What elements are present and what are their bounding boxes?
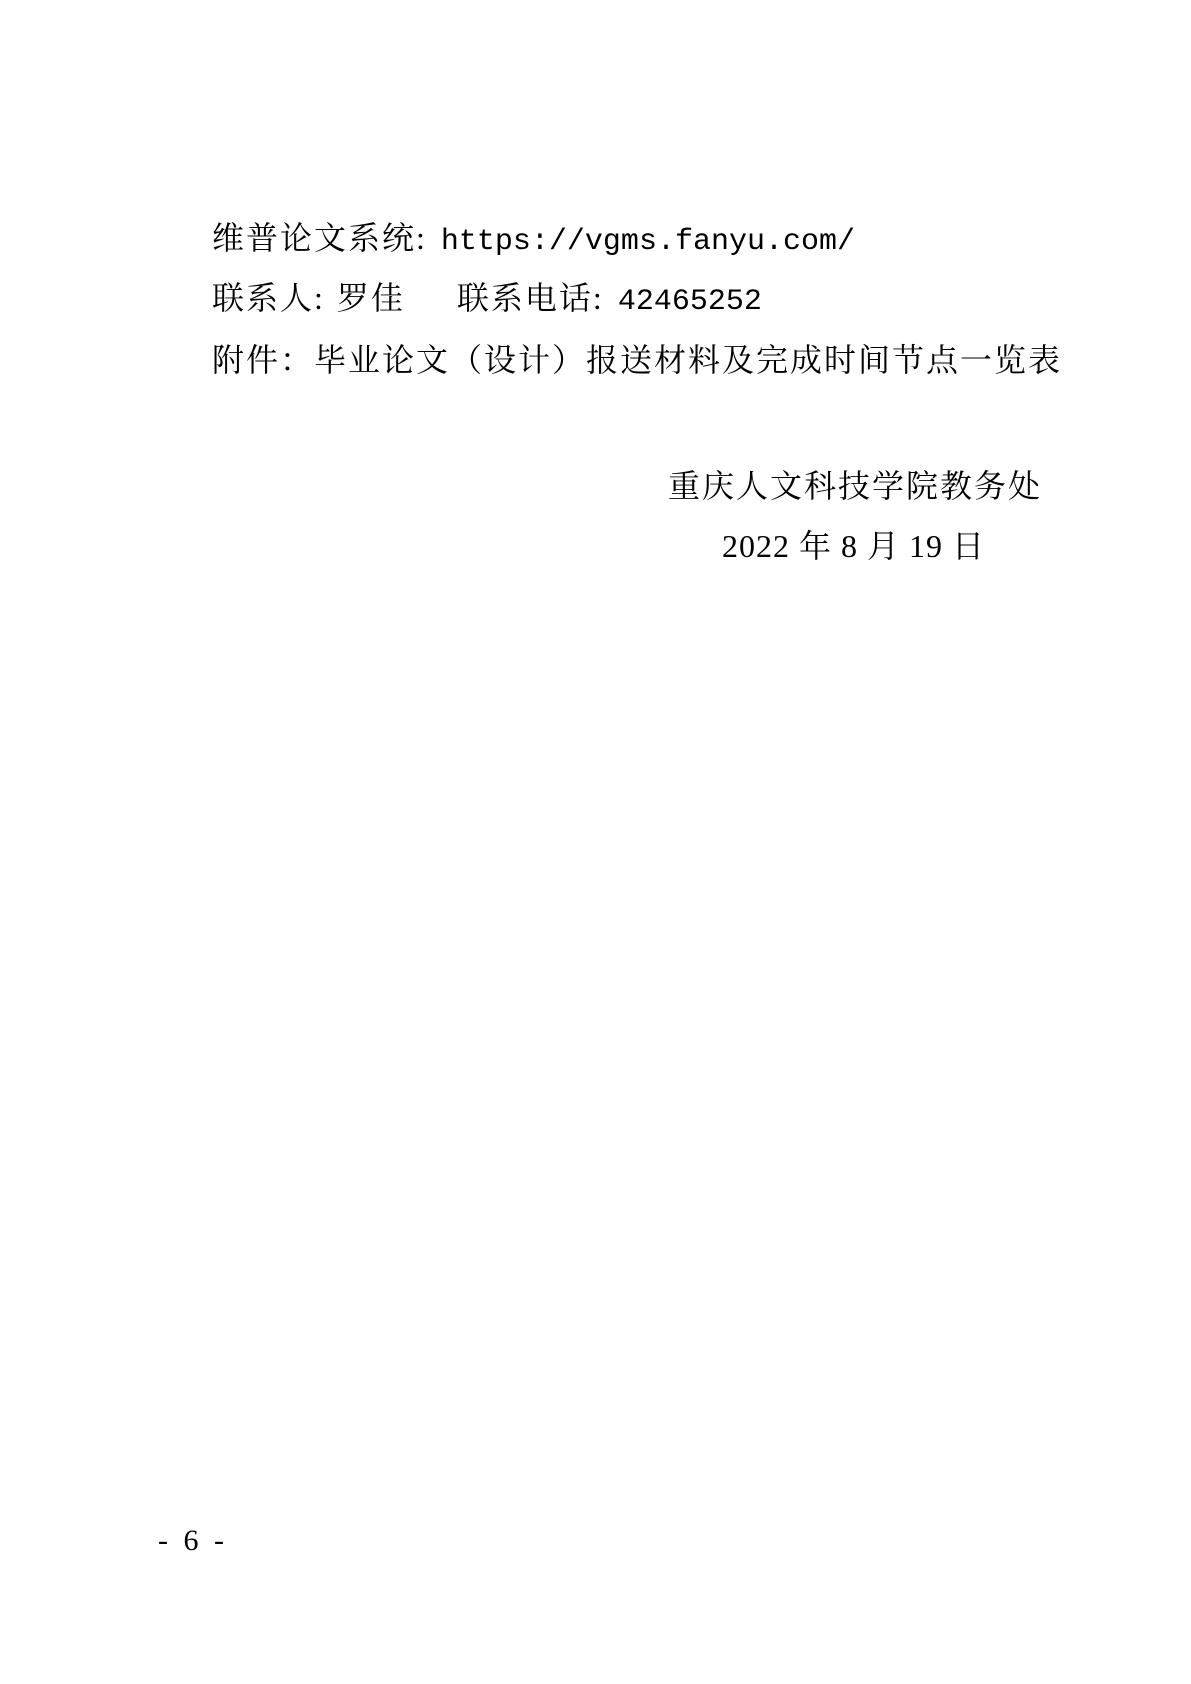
- contact-name: 罗佳: [337, 280, 405, 316]
- signature-date: 2022 年 8 月 19 日: [722, 526, 985, 566]
- system-label: 维普论文系统:: [212, 220, 427, 256]
- phone-label: 联系电话:: [457, 280, 604, 316]
- system-line: 维普论文系统:https://vgms.fanyu.com/: [212, 218, 855, 262]
- system-url: https://vgms.fanyu.com/: [441, 225, 855, 259]
- signature-department: 重庆人文科技学院教务处: [668, 466, 1042, 506]
- phone-number: 42465252: [618, 285, 762, 319]
- attachment-line: 附件：毕业论文（设计）报送材料及完成时间节点一览表: [212, 340, 1062, 380]
- contact-line: 联系人:罗佳联系电话:42465252: [212, 278, 762, 322]
- contact-label: 联系人:: [212, 280, 325, 316]
- document-page: 维普论文系统:https://vgms.fanyu.com/ 联系人:罗佳联系电…: [0, 0, 1191, 1684]
- page-number: - 6 -: [158, 1524, 228, 1558]
